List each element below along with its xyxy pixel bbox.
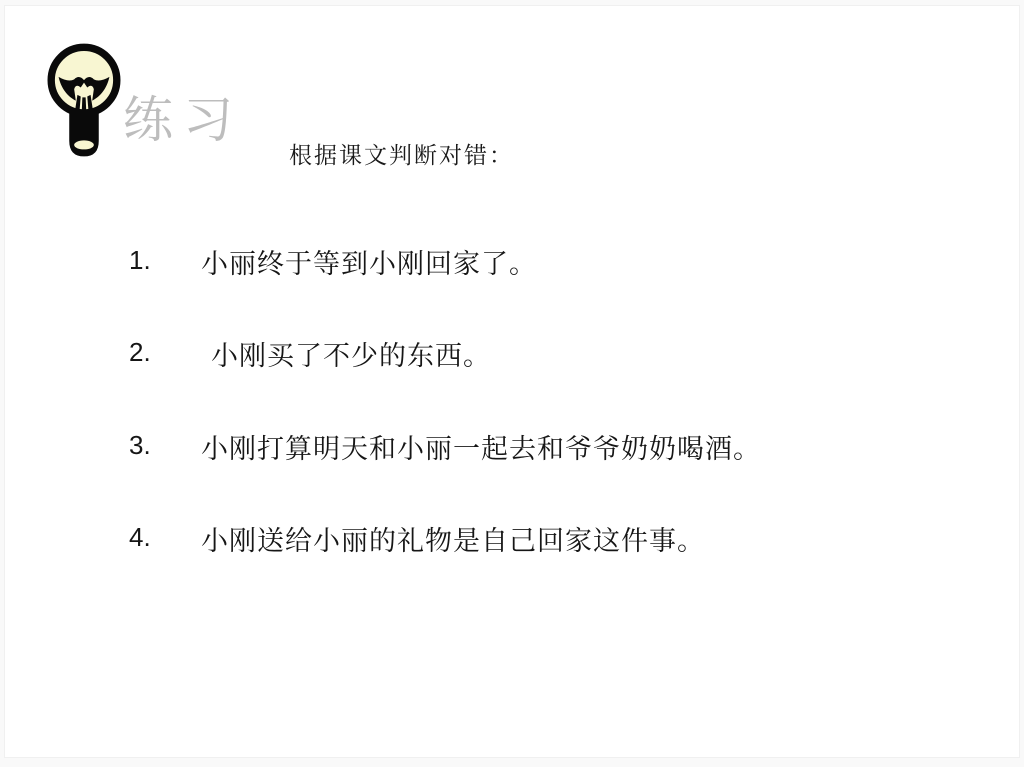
instruction-text: 根据课文判断对错： bbox=[289, 140, 514, 170]
page-title: 练习 bbox=[123, 92, 243, 148]
item-number: 4. bbox=[129, 522, 181, 553]
slide: 练习 根据课文判断对错： 1. 小丽终于等到小刚回家了。 2. 小刚买了不少的东… bbox=[4, 5, 1020, 758]
bulb-base-highlight bbox=[74, 140, 94, 149]
item-text: 小丽终于等到小刚回家了。 bbox=[201, 242, 537, 281]
item-text: 小刚买了不少的东西。 bbox=[211, 334, 491, 373]
bulb-base bbox=[69, 113, 99, 156]
list-item: 1. 小丽终于等到小刚回家了。 bbox=[5, 242, 1019, 278]
item-number: 3. bbox=[129, 430, 181, 461]
lightbulb-icon bbox=[43, 36, 125, 162]
item-text: 小刚打算明天和小丽一起去和爷爷奶奶喝酒。 bbox=[201, 427, 761, 466]
item-number: 1. bbox=[129, 245, 181, 276]
list-item: 2. 小刚买了不少的东西。 bbox=[5, 334, 1019, 370]
slide-stage: 练习 根据课文判断对错： 1. 小丽终于等到小刚回家了。 2. 小刚买了不少的东… bbox=[0, 0, 1024, 767]
list-item: 3. 小刚打算明天和小丽一起去和爷爷奶奶喝酒。 bbox=[5, 427, 1019, 463]
list-item: 4. 小刚送给小丽的礼物是自己回家这件事。 bbox=[5, 519, 1019, 555]
item-text: 小刚送给小丽的礼物是自己回家这件事。 bbox=[201, 519, 705, 558]
item-number: 2. bbox=[129, 337, 181, 368]
